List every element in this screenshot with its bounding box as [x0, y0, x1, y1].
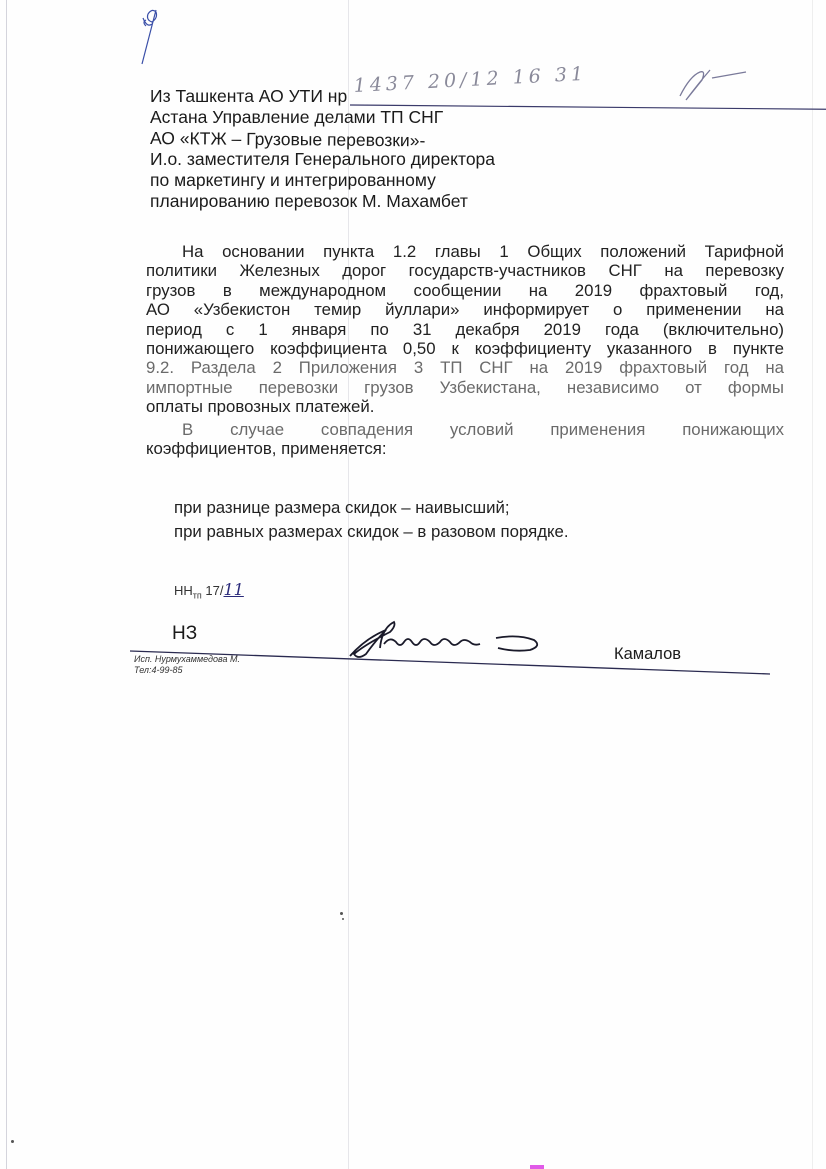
- body-line: На основании пункта 1.2 главы 1 Общих по…: [146, 242, 784, 261]
- handwritten-signature: [346, 618, 556, 662]
- body-line: коэффициентов, применяется:: [146, 439, 784, 458]
- body-line: политики Железных дорог государств-участ…: [146, 261, 784, 280]
- footer-mark: НЗ: [172, 623, 197, 645]
- executor-info: Исп. Нурмухаммедова М. Тел:4-99-85: [134, 654, 240, 676]
- ref-prefix: НН: [174, 583, 193, 598]
- scanned-letter-page: Из Ташкента АО УТИ нр 1437 20/12 16 31 А…: [0, 0, 826, 1169]
- scan-speck: [11, 1140, 14, 1143]
- svg-text:1437 20/12 16 31: 1437 20/12 16 31: [353, 66, 587, 97]
- body-line: оплаты провозных платежей.: [146, 397, 784, 416]
- body-line: грузов в международном сообщении на 2019…: [146, 281, 784, 300]
- ref-subscript: тп: [193, 591, 202, 601]
- list-item: при разнице размера скидок – наивысший;: [174, 496, 569, 520]
- body-line: АО «Узбекистон темир йуллари» информируе…: [146, 300, 784, 319]
- scan-artifact-line: [812, 0, 813, 1169]
- body-line: В случае совпадения условий применения п…: [146, 420, 784, 439]
- conditions-list: при разнице размера скидок – наивысший; …: [174, 496, 569, 544]
- scan-speck: [342, 918, 344, 920]
- executor-phone: Тел:4-99-85: [134, 665, 240, 676]
- list-item: при равных размерах скидок – в разовом п…: [174, 520, 569, 544]
- registration-underline: [350, 104, 826, 112]
- scan-color-mark: [530, 1165, 544, 1169]
- ref-handwritten: 11: [223, 580, 243, 599]
- recipient-line: по маркетингу и интегрированному: [150, 170, 495, 191]
- scan-artifact-line: [6, 0, 7, 1169]
- executor-name: Исп. Нурмухаммедова М.: [134, 654, 240, 665]
- body-line: период с 1 января по 31 декабря 2019 год…: [146, 320, 784, 339]
- recipient-line: планированию перевозок М. Махамбет: [150, 191, 495, 212]
- ref-number: 17/: [205, 583, 223, 598]
- recipient-line: И.о. заместителя Генерального директора: [150, 149, 495, 170]
- body-line: импортные перевозки грузов Узбекистана, …: [146, 378, 784, 397]
- handwritten-registration-number: 1437 20/12 16 31: [350, 66, 770, 106]
- letter-header: Из Ташкента АО УТИ нр 1437 20/12 16 31 А…: [150, 86, 495, 212]
- handwritten-margin-mark-icon: [138, 6, 178, 66]
- body-line: понижающего коэффициента 0,50 к коэффици…: [146, 339, 784, 358]
- body-line: 9.2. Раздела 2 Приложения 3 ТП СНГ на 20…: [146, 358, 784, 377]
- letter-body: На основании пункта 1.2 главы 1 Общих по…: [146, 242, 784, 458]
- recipient-line: АО «КТЖ – Грузовые перевозки»-: [150, 128, 495, 152]
- signer-name: Камалов: [614, 645, 681, 664]
- from-line-prefix: Из Ташкента АО УТИ нр: [150, 86, 347, 107]
- reference-code: ННтп 17/11: [174, 580, 244, 601]
- scan-speck: [340, 912, 343, 915]
